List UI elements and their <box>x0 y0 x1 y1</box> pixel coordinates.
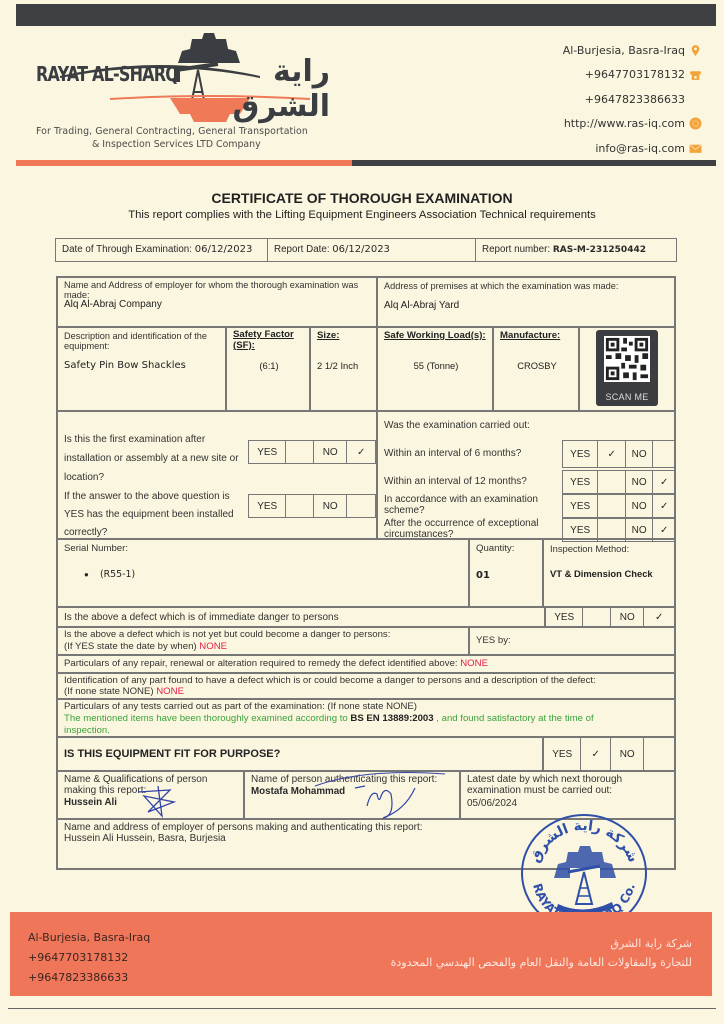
globe-icon <box>689 117 702 130</box>
carried-out-no-box[interactable]: ✓ <box>653 471 675 493</box>
footer-phone-2[interactable]: +9647823386633 <box>28 968 150 988</box>
serial-value: (R55-1) <box>100 569 135 580</box>
mail-icon <box>689 142 702 155</box>
certificate-title: CERTIFICATE OF THOROUGH EXAMINATION <box>0 190 724 206</box>
carried-out-no-label: NO <box>626 471 654 493</box>
footer-company-ar: شركة راية الشرق <box>391 934 692 953</box>
repair-value: NONE <box>460 658 488 669</box>
premises-cell: Address of premises at which the examina… <box>377 277 675 327</box>
footer-tagline-ar: للتجارة والمقاولات العامة والنقل العام و… <box>391 953 692 972</box>
brand-name-en: RAYAT AL-SHARQ <box>36 62 178 86</box>
first-exam-section: Is this the first examination after inst… <box>57 411 377 539</box>
exam-date-cell: Date of Through Examination: 06/12/2023 <box>56 239 268 261</box>
signature-authenticator <box>305 766 455 820</box>
scan-me-label: SCAN ME <box>596 392 658 402</box>
carried-out-yes-no: YESNO✓ <box>562 470 676 494</box>
carried-out-yes-no: YES✓NO <box>562 440 676 468</box>
first-exam-yes-no: YES NO ✓ <box>248 440 376 464</box>
inspection-method-value: VT & Dimension Check <box>550 568 653 579</box>
contact-website[interactable]: http://www.ras-iq.com <box>563 112 702 137</box>
installed-no-box[interactable] <box>347 495 375 517</box>
serial-cell: Serial Number: ● (R55-1) <box>57 539 469 607</box>
carried-out-question: Within an interval of 6 months? <box>384 448 554 459</box>
carried-out-yes-label: YES <box>563 519 598 541</box>
future-danger-cell: Is the above a defect which is not yet b… <box>57 627 469 655</box>
immediate-yes-box[interactable] <box>583 608 611 626</box>
fit-for-purpose-cell: IS THIS EQUIPMENT FIT FOR PURPOSE? <box>57 737 543 771</box>
footer-arabic: شركة راية الشرق للتجارة والمقاولات العام… <box>391 934 692 972</box>
yes-by-cell: YES by: <box>469 627 675 655</box>
report-date: 06/12/2023 <box>332 244 390 255</box>
quantity-value: 01 <box>476 570 490 581</box>
safety-factor-value: (6:1) <box>227 360 311 371</box>
swl-value: 55 (Tonne) <box>378 360 494 371</box>
carried-out-question: In accordance with an examination scheme… <box>384 494 554 516</box>
brand-name-ar: راية الشرق <box>230 54 330 124</box>
first-exam-question: Is this the first examination after inst… <box>64 430 246 487</box>
next-exam-date: 05/06/2024 <box>467 798 517 809</box>
carried-out-yes-label: YES <box>563 471 598 493</box>
report-number-cell: Report number: RAS-M-231250442 <box>476 239 676 261</box>
employer-cell: Name and Address of employer for whom th… <box>57 277 377 327</box>
carried-out-no-label: NO <box>626 519 654 541</box>
tests-cell: Particulars of any tests carried out as … <box>57 699 675 737</box>
fit-yes-box[interactable]: ✓ <box>581 738 611 770</box>
phone-icon <box>689 68 702 81</box>
safety-factor-cell: Safety Factor (SF): (6:1) <box>226 327 310 411</box>
swl-cell: Safe Working Load(s): 55 (Tonne) <box>377 327 493 411</box>
future-danger-value: NONE <box>199 641 227 652</box>
bullet-icon: ● <box>84 570 89 579</box>
contact-email[interactable]: info@ras-iq.com <box>563 136 702 161</box>
carried-out-question: Within an interval of 12 months? <box>384 476 554 487</box>
location-pin-icon <box>689 44 702 57</box>
contact-phone-1[interactable]: +9647703178132 <box>563 63 702 88</box>
footer-phone-1[interactable]: +9647703178132 <box>28 948 150 968</box>
company-logo: RAYAT AL-SHARQ راية الشرق For Trading, G… <box>20 26 330 151</box>
immediate-danger-yes-no: YES NO ✓ <box>545 607 675 627</box>
carried-out-section: Was the examination carried out: Within … <box>377 411 675 539</box>
signature-maker <box>134 782 184 818</box>
qr-code[interactable]: SCAN ME <box>596 330 658 406</box>
report-maker-cell: Name & Qualifications of person making t… <box>57 771 244 819</box>
date-bar: Date of Through Examination: 06/12/2023 … <box>55 238 677 262</box>
certificate-subtitle: This report complies with the Lifting Eq… <box>0 209 724 221</box>
fit-no-box[interactable] <box>644 738 674 770</box>
tagline-line1: For Trading, General Contracting, Genera… <box>36 126 308 137</box>
size-value: 2 1/2 Inch <box>317 360 358 371</box>
installed-yes-box[interactable] <box>286 495 314 517</box>
employer-of-persons-value: Hussein Ali Hussein, Basra, Burjesia <box>64 833 226 844</box>
part-defect-value: NONE <box>156 686 184 697</box>
carried-out-yes-box[interactable] <box>598 519 626 541</box>
manufacture-value: CROSBY <box>494 360 580 371</box>
equipment-cell: Description and identification of the eq… <box>57 327 226 411</box>
repair-cell: Particulars of any repair, renewal or al… <box>57 655 675 673</box>
report-maker-name: Hussein Ali <box>64 797 117 808</box>
header-divider-dark <box>352 160 716 166</box>
carried-out-no-label: NO <box>626 495 654 517</box>
footer-contacts: Al-Burjesia, Basra-Iraq +9647703178132 +… <box>28 928 150 988</box>
examination-form: Name and Address of employer for whom th… <box>56 276 676 870</box>
footer-address: Al-Burjesia, Basra-Iraq <box>28 928 150 948</box>
contact-block: Al-Burjesia, Basra-Iraq +9647703178132 +… <box>563 38 702 161</box>
contact-address: Al-Burjesia, Basra-Iraq <box>563 38 702 63</box>
manufacture-cell: Manufacture: CROSBY <box>493 327 579 411</box>
first-exam-yes-box[interactable] <box>286 441 314 463</box>
equipment-value: Safety Pin Bow Shackles <box>64 360 186 371</box>
carried-out-question: After the occurrence of exceptional circ… <box>384 518 554 540</box>
bottom-rule <box>8 1008 716 1009</box>
carried-out-yes-box[interactable] <box>598 471 626 493</box>
qr-code-icon <box>603 336 651 382</box>
size-cell: Size: 2 1/2 Inch <box>310 327 377 411</box>
part-defect-cell: Identification of any part found to have… <box>57 673 675 699</box>
footer-band: Al-Burjesia, Basra-Iraq +9647703178132 +… <box>10 912 712 996</box>
qr-cell: SCAN ME <box>579 327 675 411</box>
carried-out-yes-label: YES <box>563 441 598 467</box>
carried-out-no-box[interactable]: ✓ <box>653 495 675 517</box>
tagline-line2: & Inspection Services LTD Company <box>92 139 261 150</box>
installed-question: If the answer to the above question is Y… <box>64 488 248 542</box>
header-top-bar <box>16 4 716 26</box>
carried-out-no-box[interactable]: ✓ <box>653 519 675 541</box>
exam-date: 06/12/2023 <box>195 244 253 255</box>
header-divider-orange <box>16 160 352 166</box>
employer-value: Alq Al-Abraj Company <box>64 299 162 310</box>
carried-out-yes-no: YESNO✓ <box>562 494 676 518</box>
carried-out-no-box[interactable] <box>653 441 675 467</box>
contact-phone-2[interactable]: +9647823386633 <box>563 87 702 112</box>
tests-value: The mentioned items have been thoroughly… <box>64 713 624 737</box>
carried-out-yes-box[interactable]: ✓ <box>598 441 626 467</box>
report-number: RAS-M-231250442 <box>553 245 646 255</box>
carried-out-yes-label: YES <box>563 495 598 517</box>
quantity-cell: Quantity: 01 <box>469 539 543 607</box>
report-date-cell: Report Date: 06/12/2023 <box>268 239 476 261</box>
fit-for-purpose-yes-no: YES ✓ NO <box>543 737 675 771</box>
first-exam-no-box[interactable]: ✓ <box>347 441 375 463</box>
immediate-no-box[interactable]: ✓ <box>644 608 674 626</box>
carried-out-yes-box[interactable] <box>598 495 626 517</box>
carried-out-no-label: NO <box>626 441 654 467</box>
inspection-method-cell: Inspection Method: VT & Dimension Check <box>543 539 675 607</box>
authenticator-cell: Name of person authenticating this repor… <box>244 771 460 819</box>
premises-value: Alq Al-Abraj Yard <box>384 300 459 311</box>
installed-yes-no: YES NO <box>248 494 376 518</box>
immediate-danger-cell: Is the above a defect which is of immedi… <box>57 607 545 627</box>
